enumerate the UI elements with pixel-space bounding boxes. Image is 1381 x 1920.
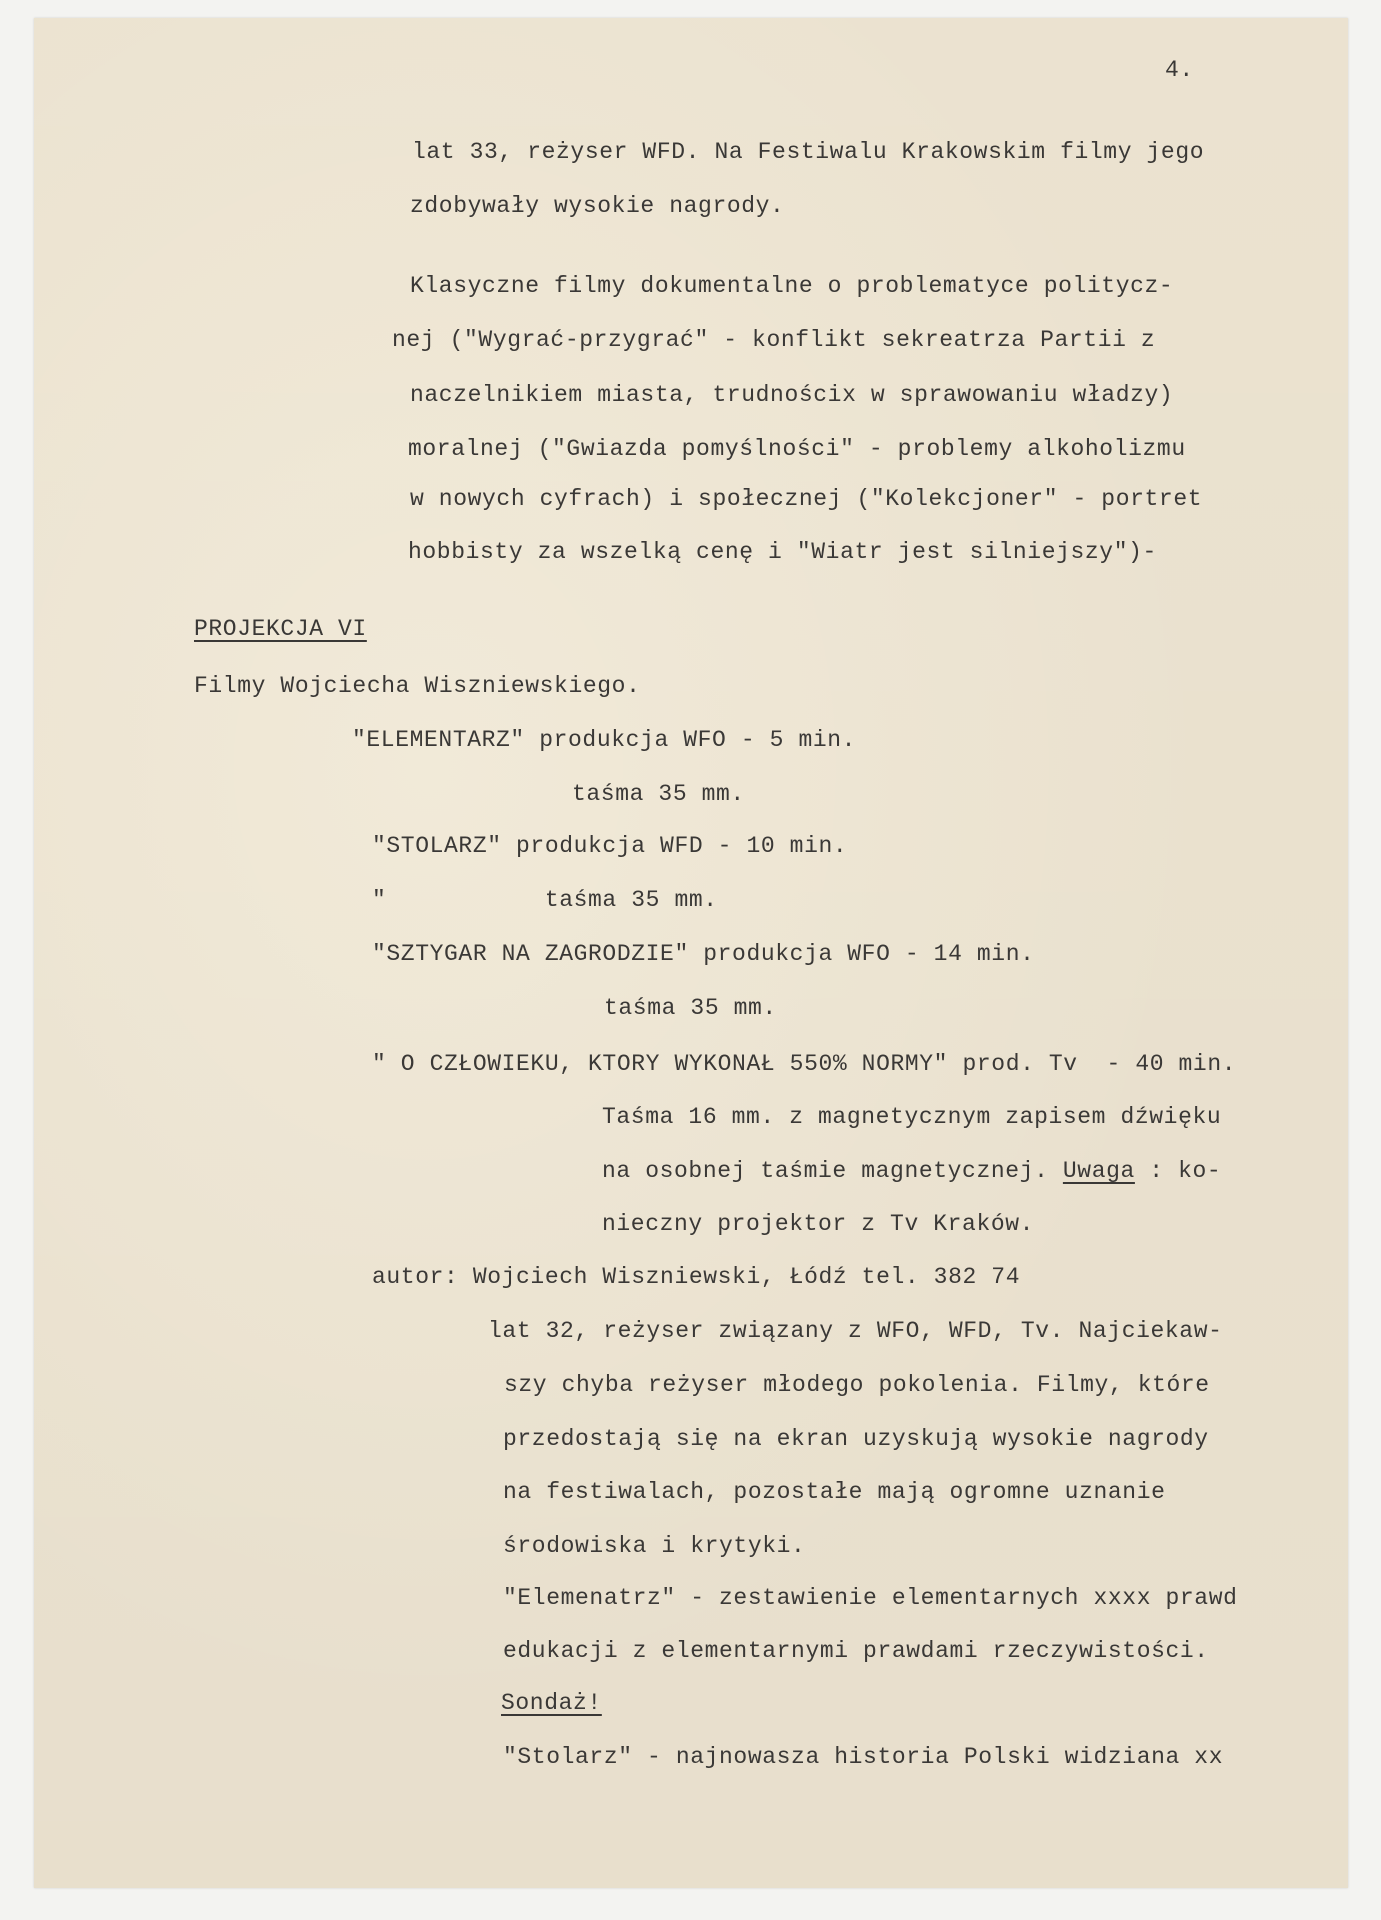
note-line-1: "Elemenatrz" - zestawienie elementarnych… bbox=[503, 1584, 1238, 1612]
film-4-tape-line-1: Taśma 16 mm. z magnetycznym zapisem dźwi… bbox=[602, 1103, 1221, 1131]
paragraph-2-line-5: w nowych cyfrach) i społecznej ("Kolekcj… bbox=[410, 485, 1202, 513]
paragraph-2-line-3: naczelnikiem miasta, trudnościx w sprawo… bbox=[410, 381, 1173, 409]
note-line-2: edukacji z elementarnymi prawdami rzeczy… bbox=[503, 1637, 1209, 1665]
paragraph-2-line-1: Klasyczne filmy dokumentalne o problemat… bbox=[410, 272, 1173, 300]
film-4-tape-line-2: na osobnej taśmie magnetycznej. Uwaga : … bbox=[602, 1157, 1221, 1185]
film-4-tape-line-3: nieczny projektor z Tv Kraków. bbox=[602, 1210, 1034, 1238]
film-2-title: "STOLARZ" produkcja WFD - 10 min. bbox=[372, 832, 847, 860]
paragraph-2-line-2: nej ("Wygrać-przygrać" - konflikt sekrea… bbox=[392, 326, 1155, 354]
film-1-tape: taśma 35 mm. bbox=[572, 780, 745, 808]
film-3-title: "SZTYGAR NA ZAGRODZIE" produkcja WFO - 1… bbox=[372, 940, 1035, 968]
author-line: autor: Wojciech Wiszniewski, Łódź tel. 3… bbox=[372, 1263, 1020, 1291]
note-label: Uwaga bbox=[1063, 1158, 1135, 1184]
page-number: 4. bbox=[1165, 56, 1194, 84]
paragraph-2-line-6: hobbisty za wszelką cenę i "Wiatr jest s… bbox=[408, 538, 1157, 566]
film-1-title: "ELEMENTARZ" produkcja WFO - 5 min. bbox=[352, 726, 856, 754]
bio-line-3: przedostają się na ekran uzyskują wysoki… bbox=[503, 1425, 1209, 1453]
paragraph-2-line-4: moralnej ("Gwiazda pomyślności" - proble… bbox=[408, 435, 1186, 463]
film-2-tape: " taśma 35 mm. bbox=[372, 886, 718, 914]
bio-line-1: lat 32, reżyser związany z WFO, WFD, Tv.… bbox=[488, 1317, 1223, 1345]
last-line: "Stolarz" - najnowasza historia Polski w… bbox=[503, 1743, 1223, 1771]
paragraph-1-line-2: zdobywały wysokie nagrody. bbox=[410, 192, 784, 220]
film-4-title: " O CZŁOWIEKU, KTORY WYKONAŁ 550% NORMY"… bbox=[372, 1050, 1236, 1078]
sondaz-label: Sondaż! bbox=[501, 1689, 602, 1717]
bio-line-5: środowiska i krytyki. bbox=[503, 1532, 805, 1560]
film-4-tape-line-2-text: na osobnej taśmie magnetycznej. bbox=[602, 1158, 1048, 1184]
note-suffix: : ko- bbox=[1135, 1158, 1221, 1184]
bio-line-2: szy chyba reżyser młodego pokolenia. Fil… bbox=[504, 1371, 1210, 1399]
section-intro: Filmy Wojciecha Wiszniewskiego. bbox=[194, 672, 640, 700]
film-3-tape: taśma 35 mm. bbox=[604, 994, 777, 1022]
section-heading: PROJEKCJA VI bbox=[194, 615, 367, 643]
bio-line-4: na festiwalach, pozostałe mają ogromne u… bbox=[503, 1478, 1166, 1506]
paragraph-1-line-1: lat 33, reżyser WFD. Na Festiwalu Krakow… bbox=[412, 138, 1204, 166]
